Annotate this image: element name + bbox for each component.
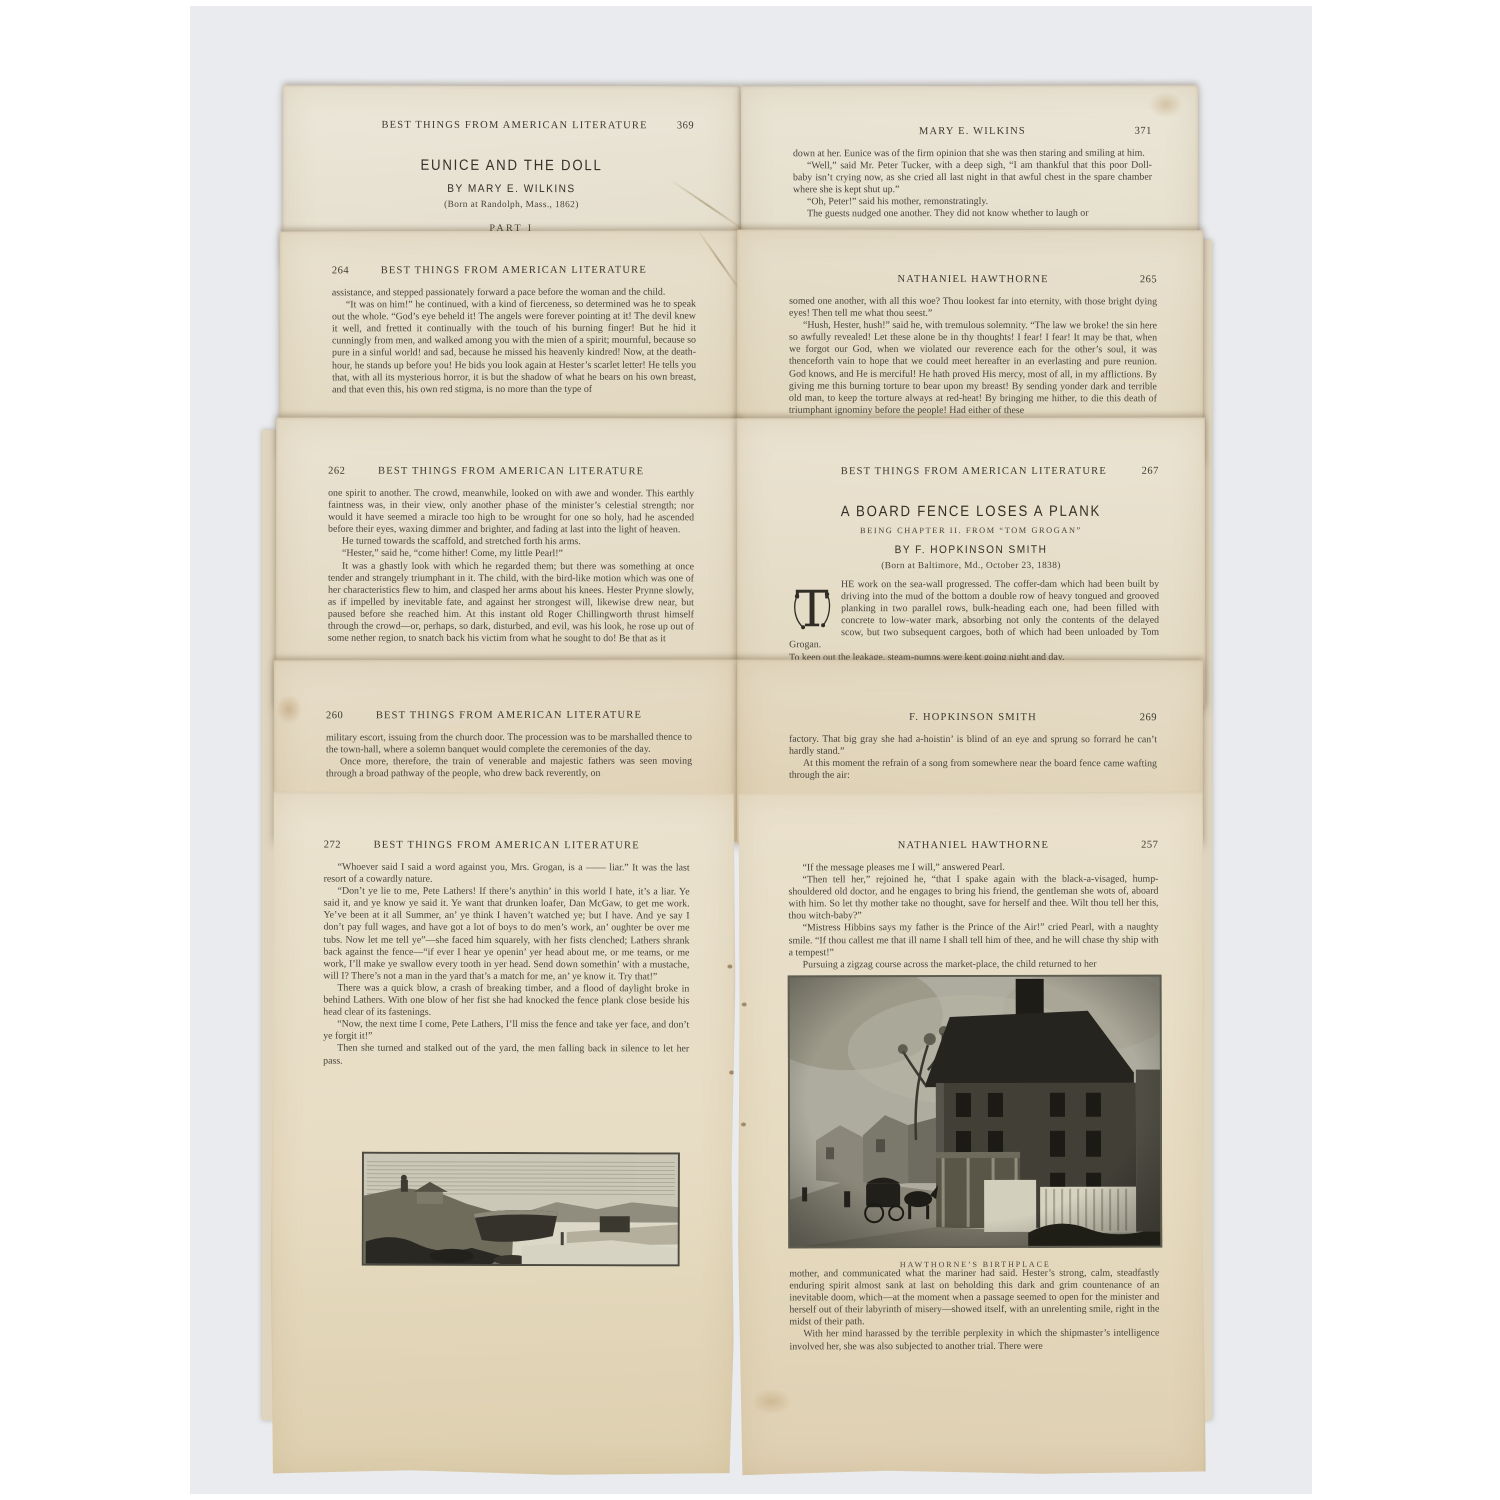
paragraph: Pursuing a zigzag course across the mark… [789, 958, 1159, 971]
dropcap-T-icon: T [789, 581, 835, 637]
paragraph: Once more, therefore, the train of vener… [326, 756, 692, 781]
paragraph: “Then tell her,” rejoined he, “that I sp… [788, 874, 1158, 923]
page-number: 269 [1140, 712, 1157, 723]
binding-hole [729, 1071, 734, 1075]
paragraph: At this moment the refrain of a song fro… [789, 758, 1157, 783]
running-head: 260 BEST THINGS FROM AMERICAN LITERATURE [326, 710, 692, 722]
story-title: EUNICE AND THE DOLL [310, 157, 712, 175]
paragraph: The guests nudged one another. They did … [793, 208, 1152, 221]
paragraph: “Don’t ye lie to me, Pete Lathers! If th… [323, 886, 689, 984]
story-title: A BOARD FENCE LOSES A PLANK [765, 503, 1177, 521]
running-head-text: BEST THINGS FROM AMERICAN LITERATURE [841, 466, 1107, 477]
paragraph: “Now, the next time I come, Pete Lathers… [323, 1019, 689, 1044]
svg-text:T: T [795, 581, 828, 637]
running-head-text: BEST THINGS FROM AMERICAN LITERATURE [374, 840, 640, 852]
author-born-line: (Born at Baltimore, Md., October 23, 183… [737, 561, 1205, 572]
page-number: 265 [1140, 274, 1157, 285]
running-head-text: BEST THINGS FROM AMERICAN LITERATURE [381, 265, 647, 277]
running-head-text: BEST THINGS FROM AMERICAN LITERATURE [378, 466, 644, 477]
running-head-text: BEST THINGS FROM AMERICAN LITERATURE [381, 120, 647, 132]
paper-stain [1149, 92, 1183, 118]
running-head: 272 BEST THINGS FROM AMERICAN LITERATURE [324, 840, 690, 852]
paragraph: He turned towards the scaffold, and stre… [328, 536, 694, 549]
paper-crease [696, 231, 742, 295]
running-head-text: NATHANIEL HAWTHORNE [898, 840, 1049, 851]
binding-hole [741, 1122, 746, 1126]
running-head: MARY E. WILKINS 371 [793, 126, 1152, 138]
paragraph: There was a quick blow, a crash of break… [323, 982, 689, 1019]
page-number: 369 [677, 120, 694, 131]
paragraph: “Whoever said I said a word against you,… [324, 862, 690, 887]
page-number: 262 [328, 466, 345, 477]
binding-hole [742, 1002, 747, 1006]
running-head: NATHANIEL HAWTHORNE 265 [789, 274, 1157, 286]
page-number: 257 [1141, 840, 1158, 851]
paragraph: “Hush, Hester, hush!” said he, with trem… [789, 320, 1157, 417]
running-head: BEST THINGS FROM AMERICAN LITERATURE 369 [335, 120, 694, 132]
paragraph: somed one another, with all this woe? Th… [789, 296, 1157, 321]
paper-stain [276, 694, 302, 724]
book-page-272: 272 BEST THINGS FROM AMERICAN LITERATURE… [270, 791, 736, 1476]
author-born-line: (Born at Randolph, Mass., 1862) [283, 200, 740, 211]
running-head: 264 BEST THINGS FROM AMERICAN LITERATURE [332, 265, 696, 277]
paragraph: one spirit to another. The crowd, meanwh… [328, 488, 694, 537]
paragraph: “Mistress Hibbins says my father is the … [789, 922, 1159, 959]
paragraph: down at her. Eunice was of the firm opin… [793, 148, 1152, 161]
paragraph: military escort, issuing from the church… [326, 732, 692, 757]
binding-hole [727, 965, 732, 969]
running-head-text: BEST THINGS FROM AMERICAN LITERATURE [376, 710, 642, 721]
paragraph: With her mind harassed by the terrible p… [789, 1328, 1159, 1353]
photo-of-book-pages: BEST THINGS FROM AMERICAN LITERATURE 369… [0, 0, 1500, 1500]
ornamental-initial: T [789, 581, 835, 637]
paragraph: “Well,” said Mr. Peter Tucker, with a de… [793, 160, 1152, 197]
running-head-text: NATHANIEL HAWTHORNE [897, 274, 1048, 285]
running-head: NATHANIEL HAWTHORNE 257 [788, 840, 1158, 852]
page-number: 264 [332, 265, 349, 276]
paragraph: “Hester,” said he, “come hither! Come, m… [328, 548, 694, 561]
page-number: 267 [1142, 466, 1159, 477]
author-byline: BY F. HOPKINSON SMITH [756, 544, 1187, 557]
running-head-text: MARY E. WILKINS [919, 126, 1026, 137]
paragraph: HE work on the sea-wall progressed. The … [789, 579, 1159, 652]
page-number: 371 [1135, 126, 1152, 137]
hawthorne-birthplace-photo: HAWTHORNE’S BIRTHPLACE [788, 975, 1163, 1270]
boat-shore-etching-image [362, 1152, 680, 1267]
page-number: 260 [326, 710, 343, 721]
book-page-257: NATHANIEL HAWTHORNE 257 “If the message … [736, 792, 1205, 1477]
running-head: 262 BEST THINGS FROM AMERICAN LITERATURE [328, 466, 694, 478]
paragraph: “If the message pleases me I will,” answ… [788, 862, 1158, 875]
paragraph: “Oh, Peter!” said his mother, remonstrat… [793, 196, 1152, 209]
author-byline: BY MARY E. WILKINS [301, 183, 721, 196]
paragraph: factory. That big gray she had a-hoistin… [789, 734, 1157, 759]
boat-shore-etching [362, 1152, 680, 1272]
paragraph: mother, and communicated what the marine… [789, 1268, 1159, 1329]
chapter-subtitle: BEING CHAPTER II. FROM “TOM GROGAN” [737, 526, 1205, 536]
paragraph: It was a ghastly look with which he rega… [328, 560, 694, 645]
paragraph: Then she turned and stalked out of the y… [323, 1043, 689, 1068]
running-head: F. HOPKINSON SMITH 269 [789, 712, 1157, 724]
running-head: BEST THINGS FROM AMERICAN LITERATURE 267 [789, 466, 1159, 478]
page-number: 272 [324, 840, 341, 851]
running-head-text: F. HOPKINSON SMITH [909, 712, 1037, 723]
paragraph: assistance, and stepped passionately for… [332, 287, 696, 300]
paragraph: “It was on him!” he continued, with a ki… [332, 299, 696, 397]
paper-stain [752, 1388, 792, 1414]
hawthorne-birthplace-image [788, 975, 1163, 1249]
